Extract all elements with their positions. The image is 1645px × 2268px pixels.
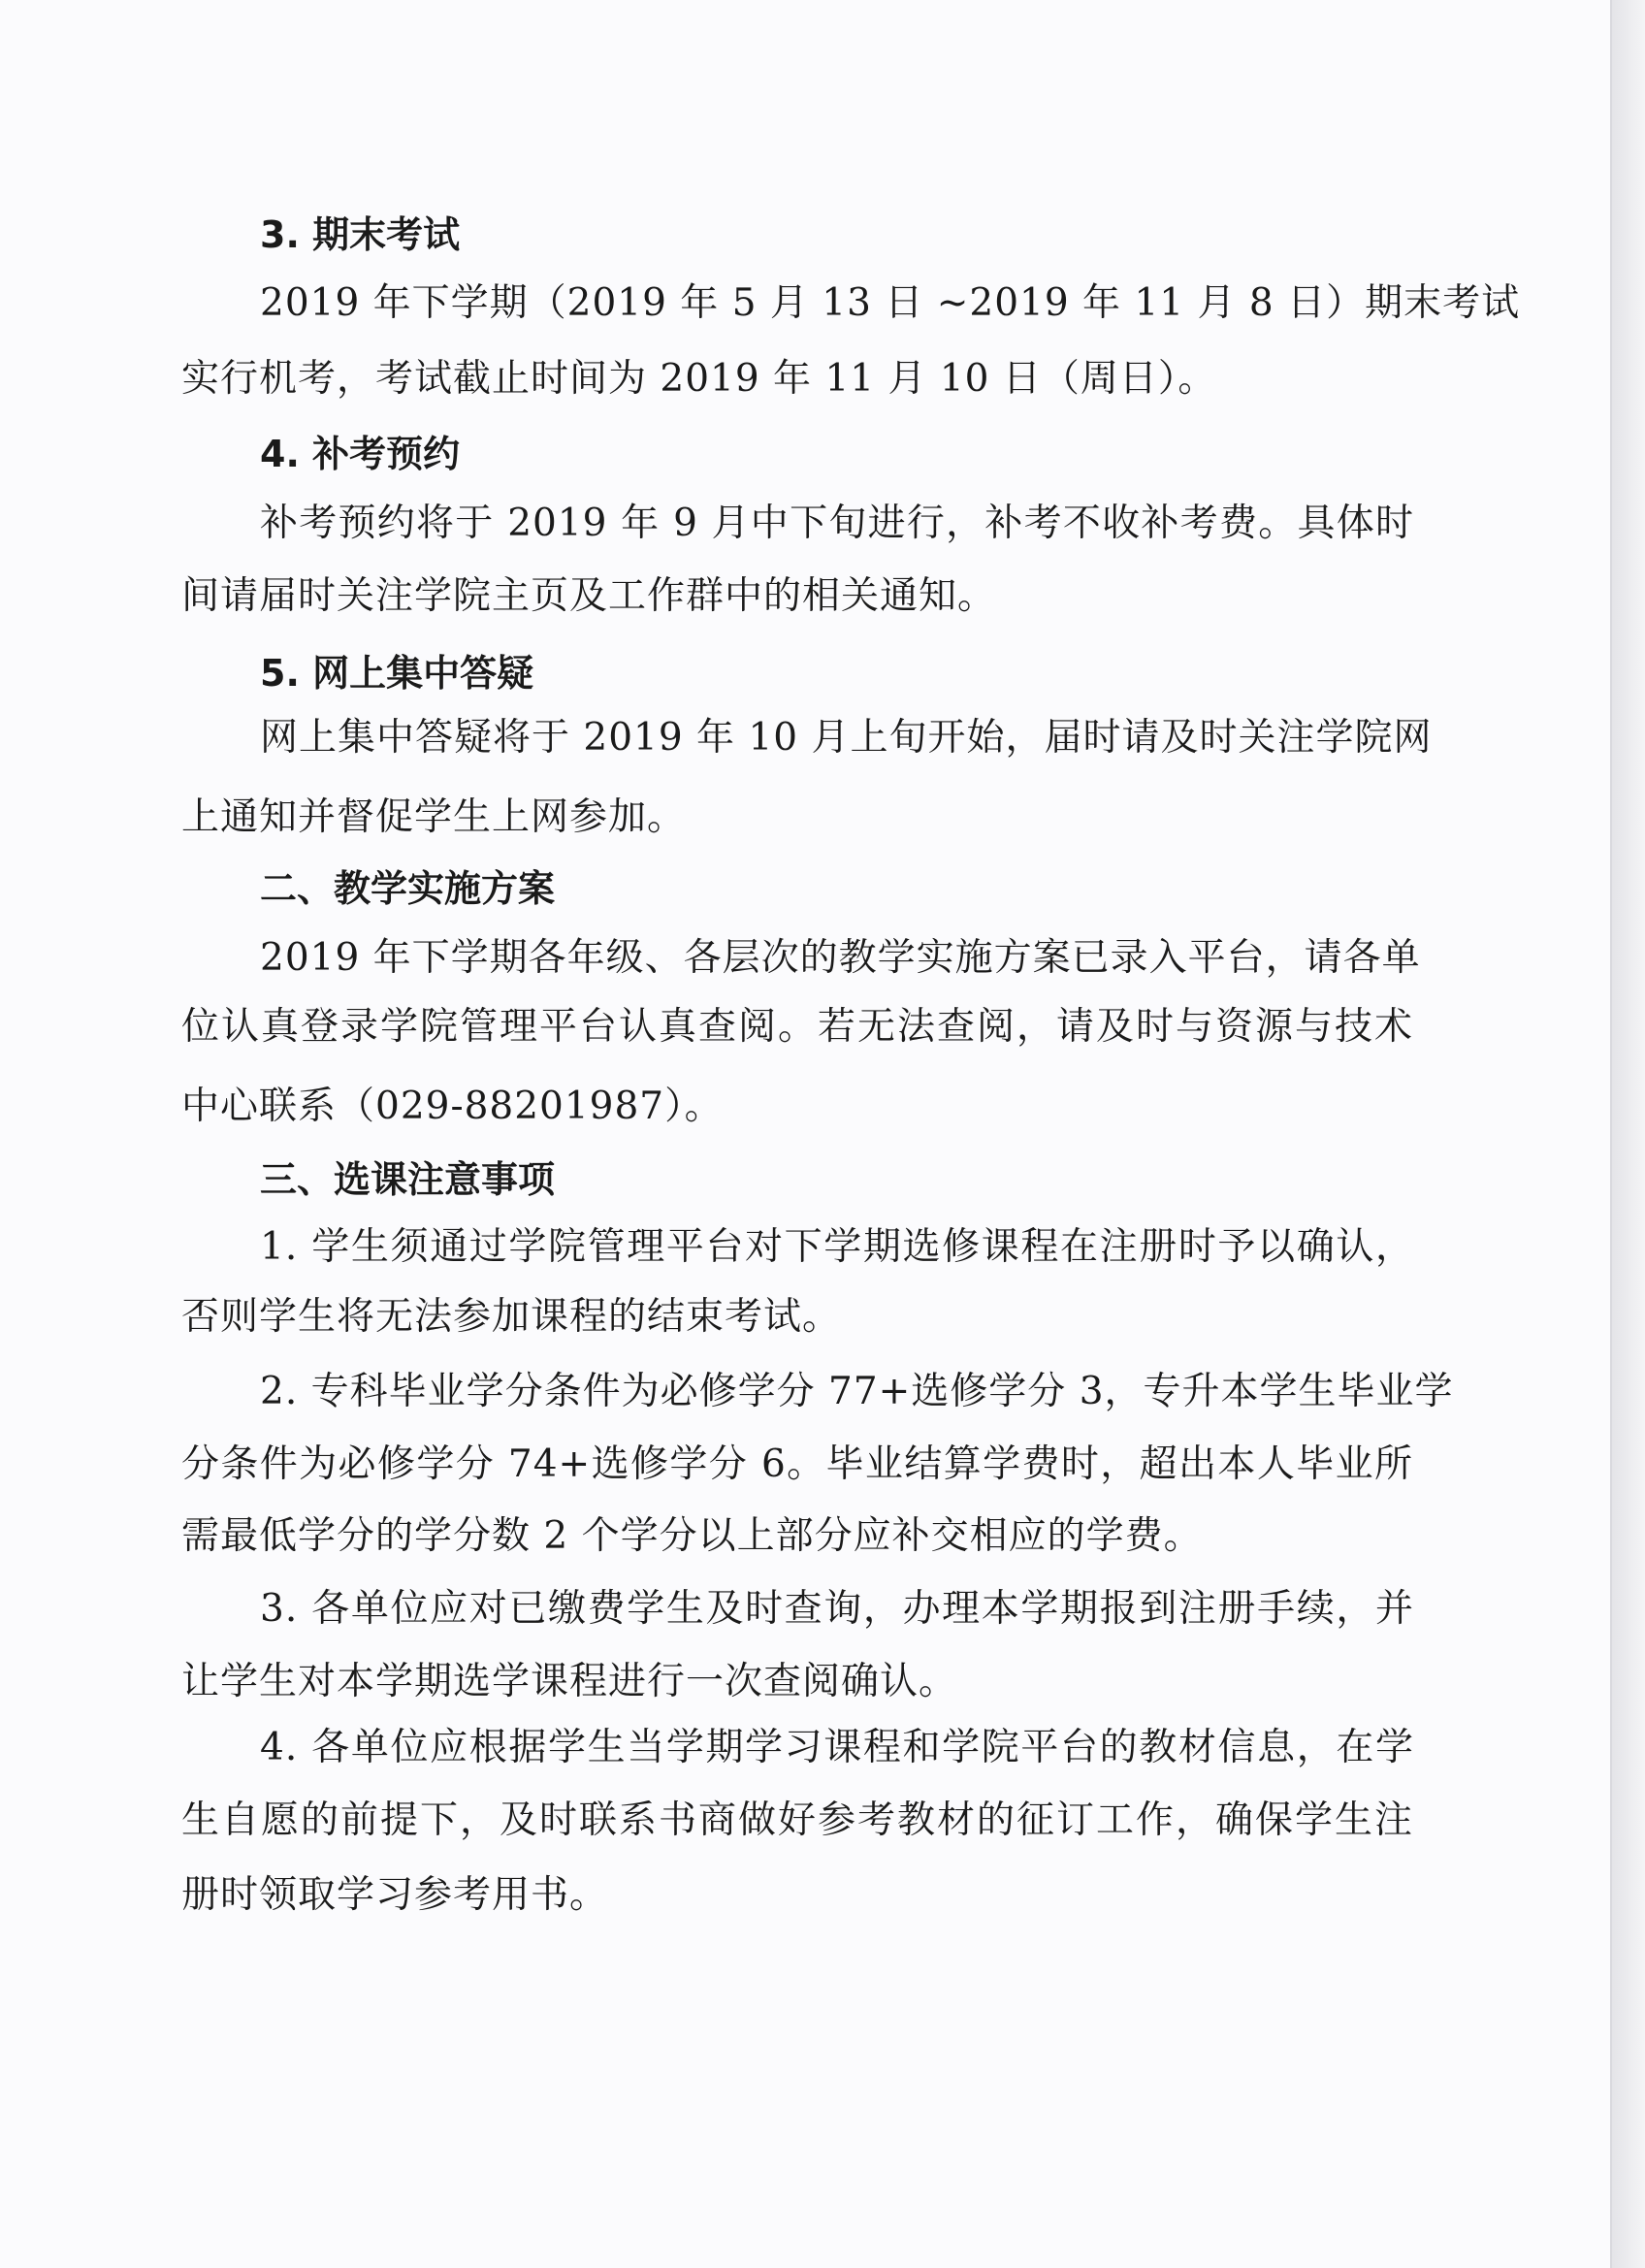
- list-item-2-line: 需最低学分的学分数 2 个学分以上部分应补交相应的学费。: [181, 1513, 1413, 1560]
- scan-page-edge: [1612, 0, 1645, 2268]
- section-heading-course-selection: 三、选课注意事项: [260, 1156, 1414, 1203]
- section-heading-online-qa: 5. 网上集中答疑: [260, 650, 1414, 697]
- paragraph-line: 网上集中答疑将于 2019 年 10 月上旬开始，届时请及时关注学院网: [260, 715, 1414, 761]
- scanned-page: 3. 期末考试 2019 年下学期（2019 年 5 月 13 日 ~2019 …: [0, 0, 1612, 2268]
- list-item-1-line: 1. 学生须通过学院管理平台对下学期选修课程在注册时予以确认，: [260, 1224, 1414, 1271]
- paragraph-line: 位认真登录学院管理平台认真查阅。若无法查阅，请及时与资源与技术: [181, 1004, 1413, 1051]
- paragraph-line: 2019 年下学期各年级、各层次的教学实施方案已录入平台，请各单: [260, 935, 1414, 982]
- list-item-4-line: 4. 各单位应根据学生当学期学习课程和学院平台的教材信息，在学: [260, 1725, 1414, 1771]
- list-item-2-line: 分条件为必修学分 74+选修学分 6。毕业结算学费时，超出本人毕业所: [181, 1442, 1413, 1488]
- list-item-3-line: 3. 各单位应对已缴费学生及时查询，办理本学期报到注册手续，并: [260, 1586, 1414, 1633]
- paragraph-line: 实行机考，考试截止时间为 2019 年 11 月 10 日（周日）。: [181, 356, 1413, 403]
- section-heading-makeup-booking: 4. 补考预约: [260, 431, 1414, 477]
- list-item-4-line: 生自愿的前提下，及时联系书商做好参考教材的征订工作，确保学生注: [181, 1798, 1413, 1844]
- list-item-1-line: 否则学生将无法参加课程的结束考试。: [181, 1294, 1413, 1341]
- paragraph-line: 2019 年下学期（2019 年 5 月 13 日 ~2019 年 11 月 8…: [260, 280, 1414, 327]
- list-item-2-line: 2. 专科毕业学分条件为必修学分 77+选修学分 3，专升本学生毕业学: [260, 1369, 1414, 1415]
- paragraph-line: 间请届时关注学院主页及工作群中的相关通知。: [181, 573, 1413, 620]
- list-item-4-line: 册时领取学习参考用书。: [181, 1872, 1413, 1919]
- paragraph-line: 上通知并督促学生上网参加。: [181, 794, 1413, 841]
- paragraph-line: 补考预约将于 2019 年 9 月中下旬进行，补考不收补考费。具体时: [260, 501, 1414, 547]
- section-heading-teaching-plan: 二、教学实施方案: [260, 865, 1414, 912]
- paragraph-line-contact: 中心联系（029-88201987）。: [181, 1084, 1413, 1130]
- list-item-3-line: 让学生对本学期选学课程进行一次查阅确认。: [181, 1659, 1413, 1705]
- section-heading-final-exam: 3. 期末考试: [260, 211, 1414, 258]
